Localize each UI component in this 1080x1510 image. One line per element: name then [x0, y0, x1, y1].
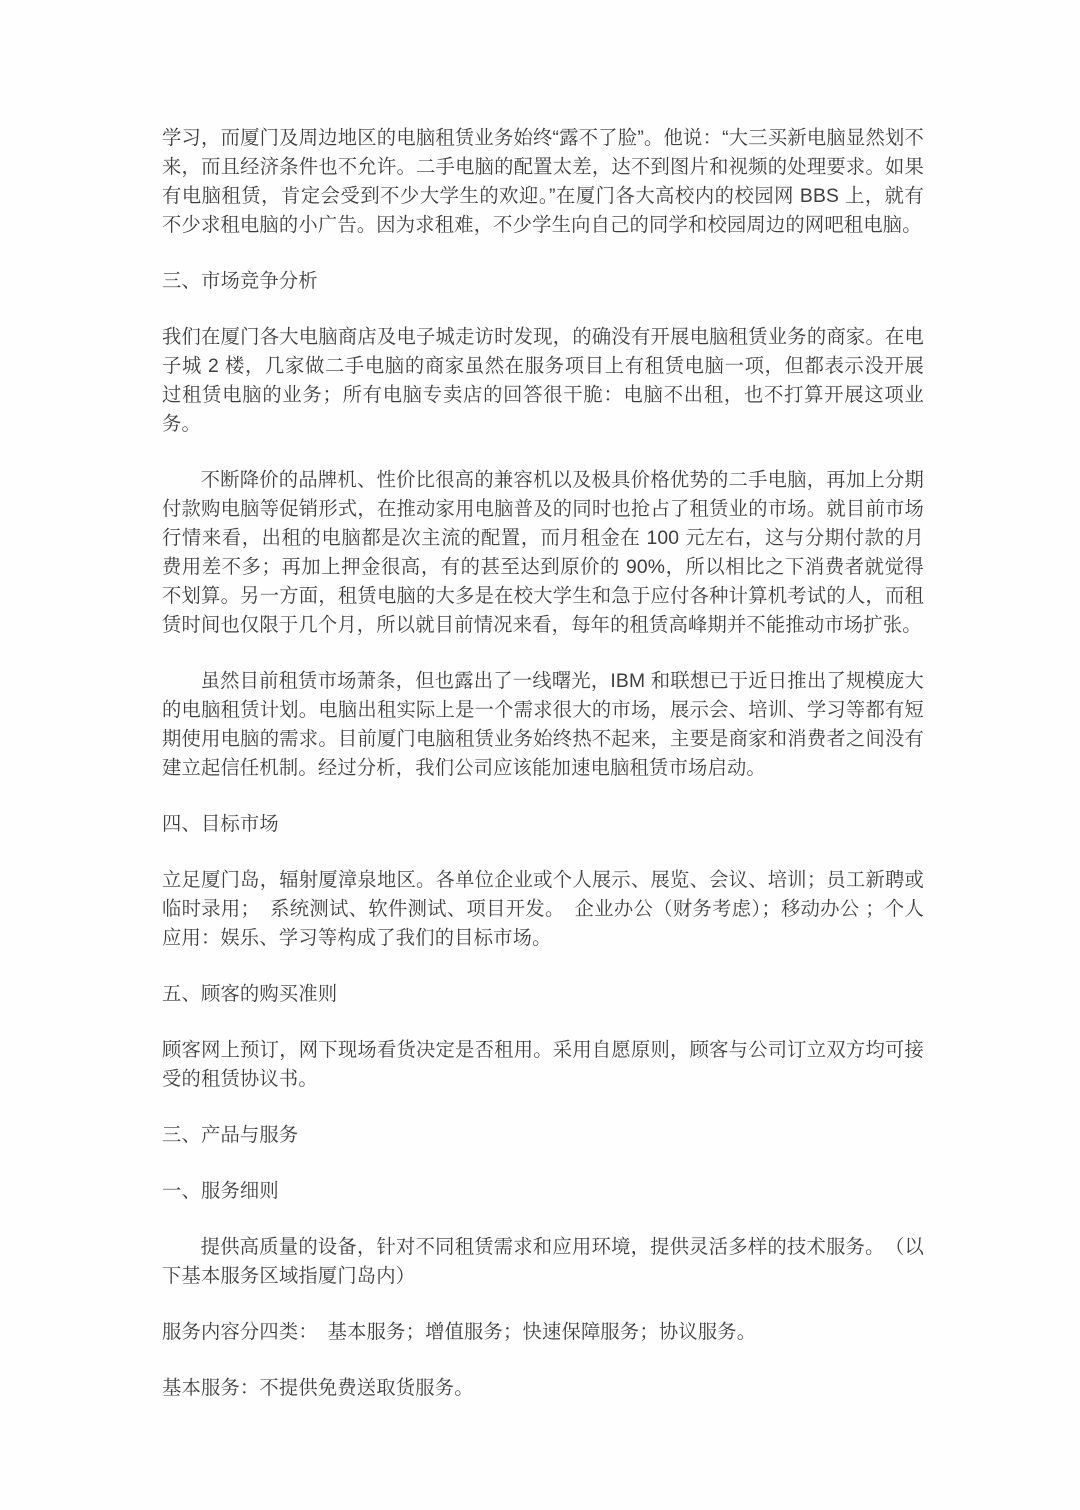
paragraph-student-rental-demand: 学习，而厦门及周边地区的电脑租赁业务始终“露不了脸”。他说：“大三买新电脑显然划… — [162, 124, 924, 240]
paragraph-market-opportunity: 虽然目前租赁市场萧条，但也露出了一线曙光，IBM 和联想已于近日推出了规模庞大的… — [162, 667, 924, 783]
heading-products-and-services: 三、产品与服务 — [162, 1121, 924, 1150]
heading-customer-purchase-criteria: 五、顾客的购买准则 — [162, 980, 924, 1009]
heading-target-market: 四、目标市场 — [162, 810, 924, 839]
paragraph-basic-service: 基本服务：不提供免费送取货服务。 — [162, 1374, 924, 1403]
paragraph-service-overview: 提供高质量的设备，针对不同租赁需求和应用环境，提供灵活多样的技术服务。 （以下基… — [162, 1233, 924, 1291]
document-body: 学习，而厦门及周边地区的电脑租赁业务始终“露不了脸”。他说：“大三买新电脑显然划… — [162, 124, 924, 1430]
paragraph-customer-purchase-criteria: 顾客网上预订，网下现场看货决定是否租用。采用自愿原则，顾客与公司订立双方均可接受… — [162, 1036, 924, 1094]
paragraph-market-conditions: 不断降价的品牌机、性价比很高的兼容机以及极具价格优势的二手电脑，再加上分期付款购… — [162, 466, 924, 640]
heading-service-details: 一、服务细则 — [162, 1177, 924, 1206]
paragraph-service-categories: 服务内容分四类： 基本服务；增值服务；快速保障服务；协议服务。 — [162, 1318, 924, 1347]
heading-market-competition-analysis: 三、市场竞争分析 — [162, 267, 924, 296]
document-page: 学习，而厦门及周边地区的电脑租赁业务始终“露不了脸”。他说：“大三买新电脑显然划… — [0, 0, 1080, 1510]
paragraph-target-market: 立足厦门岛，辐射厦漳泉地区。各单位企业或个人展示、展览、会议、培训；员工新聘或临… — [162, 866, 924, 953]
paragraph-market-survey: 我们在厦门各大电脑商店及电子城走访时发现，的确没有开展电脑租赁业务的商家。在电子… — [162, 323, 924, 439]
